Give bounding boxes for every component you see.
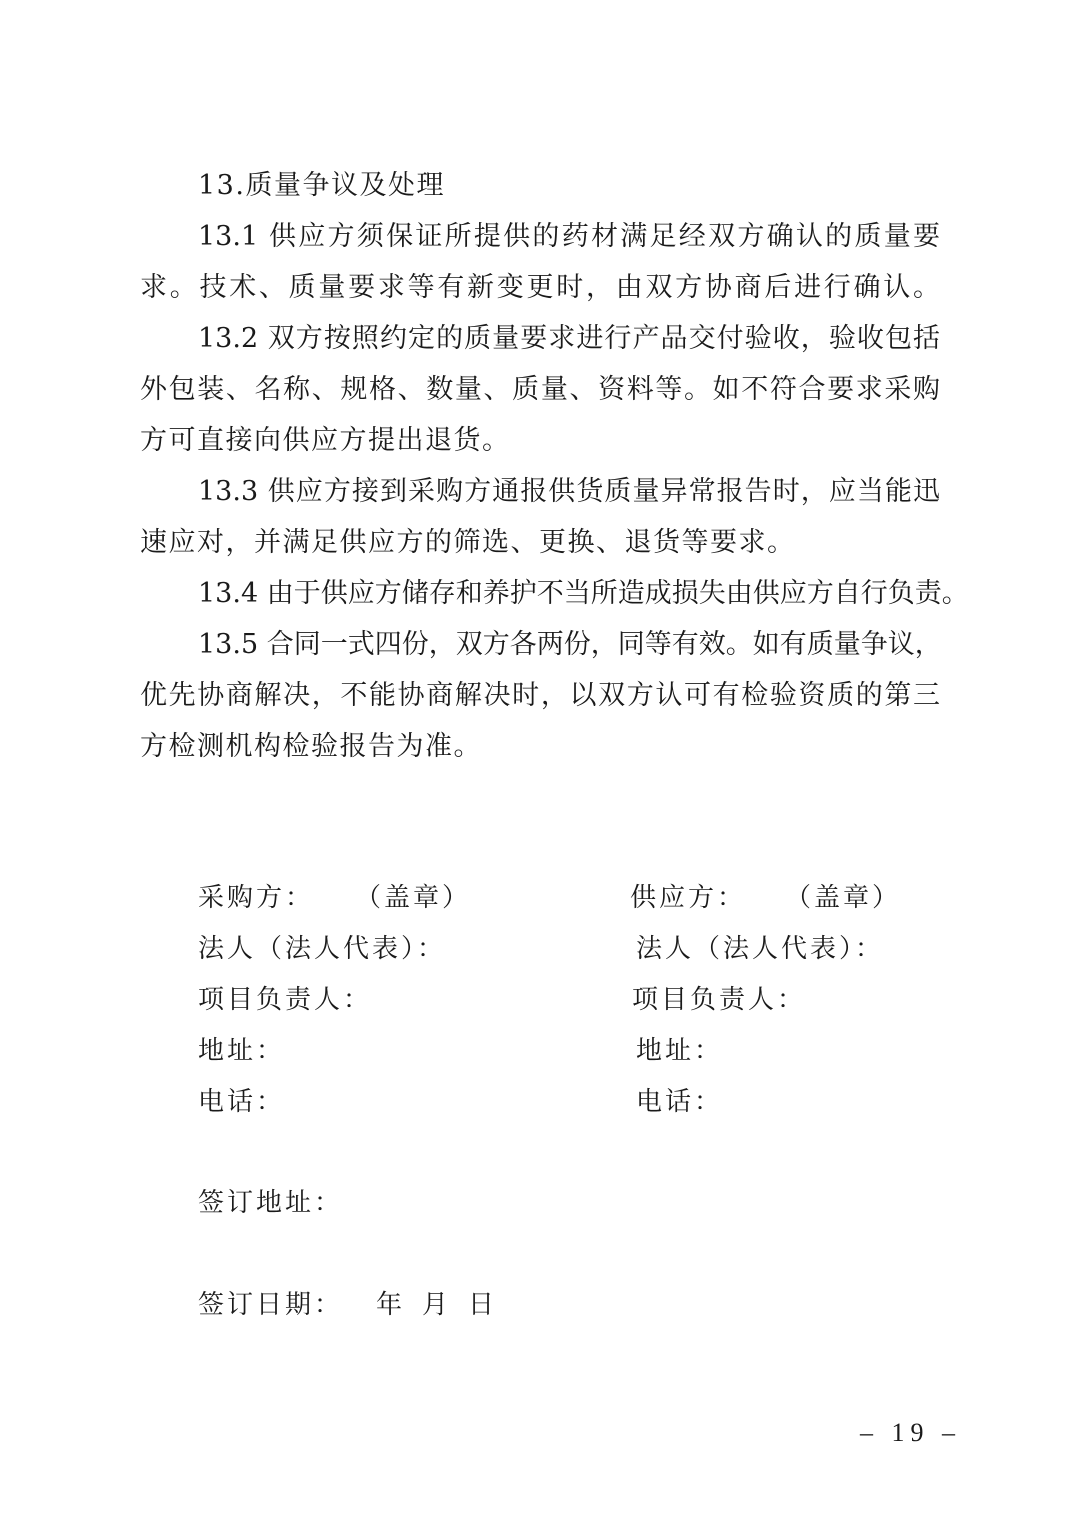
section-heading: 13.质量争议及处理 — [198, 166, 445, 206]
buyer-legal-rep-label: 法人（法人代表）： — [198, 929, 446, 969]
sign-date-year: 年 — [376, 1285, 405, 1325]
supplier-legal-rep-label: 法人（法人代表）： — [636, 929, 884, 969]
clause-13-3-line-1: 13.3 供应方接到采购方通报供货质量异常报告时，应当能迅 — [198, 472, 940, 512]
supplier-project-lead-label: 项目负责人： — [632, 980, 806, 1020]
clause-13-3-line-2: 速应对，并满足供应方的筛选、更换、退货等要求。 — [140, 523, 796, 563]
clause-13-5-line-2: 优先协商解决，不能协商解决时，以双方认可有检验资质的第三 — [140, 676, 940, 716]
supplier-party-label: 供应方： — [630, 878, 746, 918]
clause-13-2-line-1: 13.2 双方按照约定的质量要求进行产品交付验收，验收包括 — [198, 319, 940, 359]
clause-13-1-line-1: 13.1 供应方须保证所提供的药材满足经双方确认的质量要 — [198, 217, 940, 257]
sign-place-label: 签订地址： — [198, 1183, 343, 1223]
clause-13-5-line-1: 13.5 合同一式四份，双方各两份，同等有效。如有质量争议， — [198, 625, 940, 665]
sign-date-month: 月 — [422, 1285, 451, 1325]
buyer-phone-label: 电话： — [198, 1082, 285, 1122]
clause-13-5-line-3: 方检测机构检验报告为准。 — [140, 727, 482, 767]
clause-13-2-line-2: 外包装、名称、规格、数量、质量、资料等。如不符合要求采购 — [140, 370, 940, 410]
sign-date-label: 签订日期： — [198, 1285, 343, 1325]
buyer-seal-label: （盖章） — [355, 878, 471, 918]
supplier-seal-label: （盖章） — [785, 878, 901, 918]
clause-13-4-line-1: 13.4 由于供应方储存和养护不当所造成损失由供应方自行负责。 — [198, 574, 942, 614]
sign-date-day: 日 — [468, 1285, 497, 1325]
buyer-party-label: 采购方： — [198, 878, 314, 918]
clause-13-2-line-3: 方可直接向供应方提出退货。 — [140, 421, 511, 461]
buyer-project-lead-label: 项目负责人： — [198, 980, 372, 1020]
supplier-address-label: 地址： — [636, 1031, 723, 1071]
supplier-phone-label: 电话： — [636, 1082, 723, 1122]
document-page: 13.质量争议及处理 13.1 供应方须保证所提供的药材满足经双方确认的质量要 … — [0, 0, 1080, 1528]
buyer-address-label: 地址： — [198, 1031, 285, 1071]
page-number: – 19 – — [860, 1418, 961, 1448]
clause-13-1-line-2: 求。技术、质量要求等有新变更时，由双方协商后进行确认。 — [140, 268, 940, 308]
